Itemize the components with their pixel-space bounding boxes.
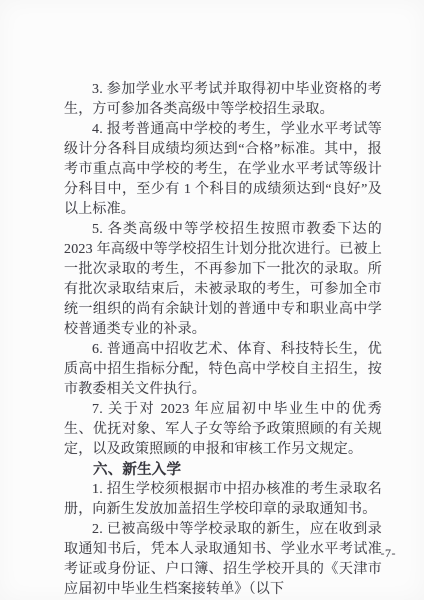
paragraph-6: 6. 普通高中招收艺术、体育、科技特长生，优质高中招生指标分配，特色高中学校自主… <box>64 340 382 400</box>
page-number: -7- <box>381 546 397 561</box>
paragraph-7: 7. 关于对 2023 年应届初中毕业生中的优秀生、优抚对象、军人子女等给予政策… <box>64 400 382 460</box>
paragraph-2: 2. 已被高级中等学校录取的新生，应在收到录取通知书后，凭本人录取通知书、学业水… <box>64 520 382 600</box>
text-block: 3. 参加学业水平考试并取得初中毕业资格的考生，方可参加各类高级中等学校招生录取… <box>64 80 382 600</box>
section-heading: 六、新生入学 <box>64 460 382 480</box>
document-page: 3. 参加学业水平考试并取得初中毕业资格的考生，方可参加各类高级中等学校招生录取… <box>0 0 424 600</box>
paragraph-4: 4. 报考普通高中学校的考生，学业水平考试等级计分各科目成绩均须达到“合格”标准… <box>64 120 382 220</box>
paragraph-5: 5. 各类高级中等学校招生按照市教委下达的 2023 年高级中等学校招生计划分批… <box>64 220 382 340</box>
paragraph-1: 1. 招生学校须根据市中招办核准的考生录取名册，向新生发放加盖招生学校印章的录取… <box>64 480 382 520</box>
paragraph-3: 3. 参加学业水平考试并取得初中毕业资格的考生，方可参加各类高级中等学校招生录取… <box>64 80 382 120</box>
